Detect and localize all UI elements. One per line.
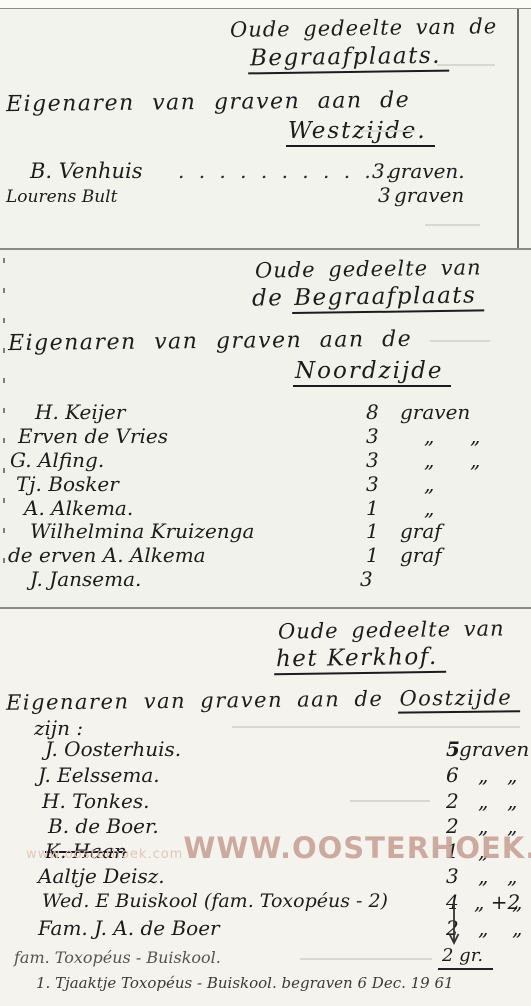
family-annotation: fam. Toxopéus - Buiskool.: [14, 949, 221, 967]
grave-count: 6: [446, 763, 459, 787]
owner-name: H. Keijer: [35, 400, 125, 424]
card2-intro: Eigenaren van graven aan de: [8, 328, 412, 356]
owner-name: B. Venhuis: [30, 159, 143, 183]
grave-count: 1: [366, 496, 379, 520]
card-westzijde: Oude gedeelte van de Begraafplaats. Eige…: [0, 8, 531, 249]
table-row: Tj. Bosker 3 „: [0, 472, 531, 497]
ditto-mark: „: [478, 864, 488, 888]
table-row: J. Eelssema. 6 „ „: [0, 763, 531, 788]
grave-unit: graven.: [388, 159, 465, 183]
grave-unit: graven.: [459, 737, 531, 761]
footnote: 1. Tjaaktje Toxopéus - Buiskool. begrave…: [36, 975, 454, 992]
ditto-mark: „: [424, 496, 434, 520]
owner-name: Lourens Bult: [6, 187, 117, 207]
card3-side-heading: Oostzijde: [397, 685, 520, 713]
grave-unit: graf: [400, 543, 442, 567]
owner-name: J. Eelssema.: [38, 763, 160, 787]
owner-name: Aaltje Deisz.: [38, 864, 165, 888]
table-row: H. Keijer 8 graven: [0, 400, 531, 425]
grave-unit: graf: [400, 519, 442, 543]
ditto-mark: „: [478, 789, 488, 813]
down-arrow: [444, 899, 464, 949]
table-row: K. Haan 1 „: [0, 839, 531, 864]
ditto-mark: „: [507, 814, 517, 838]
ditto-mark: „: [478, 839, 488, 863]
grave-count: 2: [446, 814, 459, 838]
scanned-document: Oude gedeelte van de Begraafplaats. Eige…: [0, 0, 531, 1006]
grave-count: 1: [446, 839, 459, 863]
grave-unit: graven: [394, 183, 464, 207]
owner-name: J. Jansema.: [30, 567, 141, 591]
ditto-mark: „: [507, 763, 517, 787]
scan-artifact-line: [437, 64, 495, 66]
owner-name: Erven de Vries: [18, 424, 168, 448]
ditto-mark: „: [470, 448, 480, 472]
owner-name: Wed. E Buiskool (fam. Toxopéus - 2): [42, 890, 388, 912]
owner-name: A. Alkema.: [24, 496, 133, 520]
table-row: Lourens Bult 3 graven: [0, 187, 531, 212]
grave-count: 3: [366, 472, 379, 496]
owner-name: J. Oosterhuis.: [45, 737, 181, 761]
scan-artifact-line: [425, 224, 480, 226]
grave-count: 3: [372, 159, 385, 183]
owner-name: H. Tonkes.: [42, 789, 149, 813]
card-noordzijde: Oude gedeelte van de Begraafplaats Eigen…: [0, 248, 531, 609]
owner-name: Wilhelmina Kruizenga: [30, 519, 254, 543]
owner-name-struck: K. Haan: [45, 839, 127, 863]
card3-title-line1: Oude gedeelte van: [278, 617, 505, 643]
ditto-mark: „: [424, 448, 434, 472]
ditto-mark: „: [507, 789, 517, 813]
card1-intro: Eigenaren van graven aan de: [6, 89, 410, 117]
ditto-mark: „: [478, 916, 488, 940]
card1-title-line1: Oude gedeelte van de: [230, 15, 497, 42]
scan-artifact-line: [350, 800, 430, 802]
ditto-mark: „: [512, 890, 522, 914]
table-row: A. Alkema. 1 „: [0, 496, 531, 521]
table-row: J. Oosterhuis. 5 graven.: [0, 737, 531, 762]
owner-name: B. de Boer.: [48, 814, 159, 838]
ditto-mark: „: [470, 424, 480, 448]
card3-title-line2: het Kerkhof.: [274, 645, 446, 673]
grave-count: 3: [360, 567, 373, 591]
scan-artifact-line: [430, 340, 490, 342]
grave-count: 8: [366, 400, 379, 424]
owner-name: Tj. Bosker: [16, 472, 119, 496]
scan-artifact-line: [232, 726, 520, 728]
grave-count: 3: [366, 424, 379, 448]
table-row: G. Alfing. 3 „ „: [0, 448, 531, 473]
ditto-mark: „: [424, 424, 434, 448]
grave-count: 1: [366, 519, 379, 543]
ditto-mark: „: [507, 864, 517, 888]
ditto-mark: „: [478, 814, 488, 838]
grave-count: 1: [366, 543, 379, 567]
owner-name: Fam. J. A. de Boer: [38, 916, 220, 940]
dot-leader: . . . . . . . . . . .: [178, 159, 396, 183]
grave-count: 5: [446, 737, 460, 761]
table-row: de erven A. Alkema 1 graf: [0, 543, 531, 568]
grave-unit: graven: [400, 400, 470, 424]
table-row: Aaltje Deisz. 3 „ „: [0, 864, 531, 889]
grave-count: 3: [446, 864, 459, 888]
card1-title-line2: Begraafplaats.: [248, 44, 449, 72]
scan-artifact-line: [300, 958, 432, 960]
table-row: B. Venhuis . . . . . . . . . . . 3 grave…: [0, 159, 531, 184]
scan-artifact-line: [360, 130, 415, 132]
card2-title-line1: Oude gedeelte van: [255, 256, 482, 282]
card2-side-heading: Noordzijde: [293, 359, 451, 384]
grave-count: 2: [446, 789, 459, 813]
table-row: Erven de Vries 3 „ „: [0, 424, 531, 449]
ditto-mark: „: [512, 916, 522, 940]
grave-count: 3: [378, 183, 391, 207]
table-row: B. de Boer. 2 „ „: [0, 814, 531, 839]
grave-count: 3: [366, 448, 379, 472]
card2-title-line2: de Begraafplaats: [252, 283, 485, 312]
scan-edge-line: [517, 9, 519, 251]
ditto-mark: „: [424, 472, 434, 496]
ditto-mark: „: [478, 763, 488, 787]
table-row: Wilhelmina Kruizenga 1 graf: [0, 519, 531, 544]
card3-intro: Eigenaren van graven aan de Oostzijde: [6, 686, 520, 714]
owner-name: G. Alfing.: [10, 448, 104, 472]
table-row: H. Tonkes. 2 „ „: [0, 789, 531, 814]
card3-intro-suffix: zijn :: [34, 717, 83, 739]
table-row: J. Jansema. 3: [0, 567, 531, 592]
owner-name: de erven A. Alkema: [8, 543, 206, 567]
